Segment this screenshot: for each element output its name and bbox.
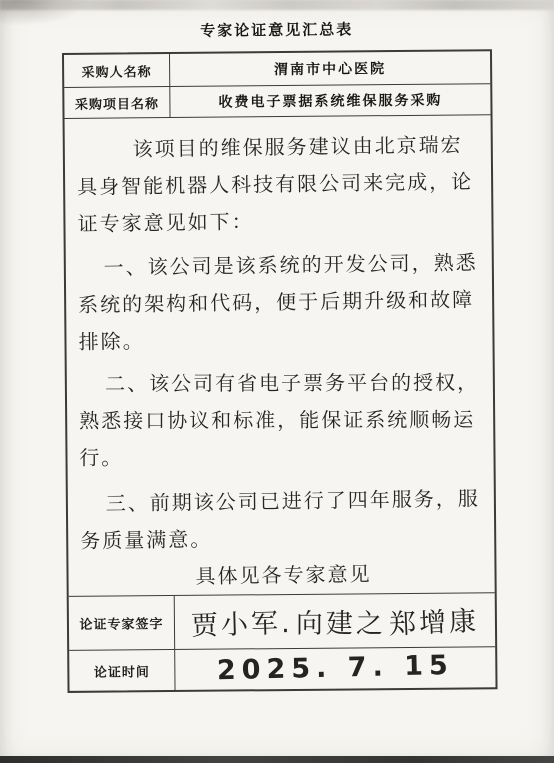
experts-label: 论证专家签字 [69, 596, 175, 650]
opinion-cell: 该项目的维保服务建议由北京瑞宏具身智能机器人科技有限公司来完成，论证专家意见如下… [65, 116, 495, 597]
opinion-item-1: 一、该公司是该系统的开发公司，熟悉系统的架构和代码，便于后期升级和故障排除。 [77, 245, 485, 362]
opinion-closing: 具体见各专家意见 [80, 555, 486, 597]
page-title: 专家论证意见汇总表 [62, 17, 492, 42]
experts-signatures: 贾小军. 向建之 郑增康 [175, 594, 495, 649]
document-body: 专家论证意见汇总表 采购人名称 渭南市中心医院 采购项目名称 收费电子票据系统维… [0, 0, 554, 763]
project-row: 采购项目名称 收费电子票据系统维保服务采购 [64, 84, 490, 119]
purchaser-value: 渭南市中心医院 [170, 51, 490, 86]
time-value: 2025. 7. 15 [175, 645, 496, 692]
purchaser-row: 采购人名称 渭南市中心医院 [64, 51, 490, 88]
opinion-row: 该项目的维保服务建议由北京瑞宏具身智能机器人科技有限公司来完成，论证专家意见如下… [65, 116, 495, 598]
time-row: 论证时间 2025. 7. 15 [69, 647, 495, 691]
scan-edge-bottom [0, 756, 554, 763]
expert-signature-1: 贾小军. [190, 601, 293, 643]
expert-signature-3: 郑增康 [388, 599, 480, 642]
project-label: 采购项目名称 [64, 87, 170, 118]
opinion-item-3: 三、前期该公司已进行了四年服务，服务质量满意。 [80, 481, 487, 561]
purchaser-label: 采购人名称 [64, 54, 170, 87]
scanned-document: 专家论证意见汇总表 采购人名称 渭南市中心医院 采购项目名称 收费电子票据系统维… [0, 0, 554, 763]
time-label: 论证时间 [69, 650, 175, 691]
expert-signature-2: 向建之 [296, 602, 386, 641]
project-value: 收费电子票据系统维保服务采购 [170, 84, 490, 117]
opinion-intro: 该项目的维保服务建议由北京瑞宏具身智能机器人科技有限公司来完成，论证专家意见如下… [76, 127, 484, 244]
experts-row: 论证专家签字 贾小军. 向建之 郑增康 [69, 594, 495, 651]
opinion-item-2: 二、该公司有省电子票务平台的授权，熟悉接口协议和标准，能保证系统顺畅运行。 [79, 365, 485, 477]
summary-table: 采购人名称 渭南市中心医院 采购项目名称 收费电子票据系统维保服务采购 该项目的… [62, 49, 498, 693]
